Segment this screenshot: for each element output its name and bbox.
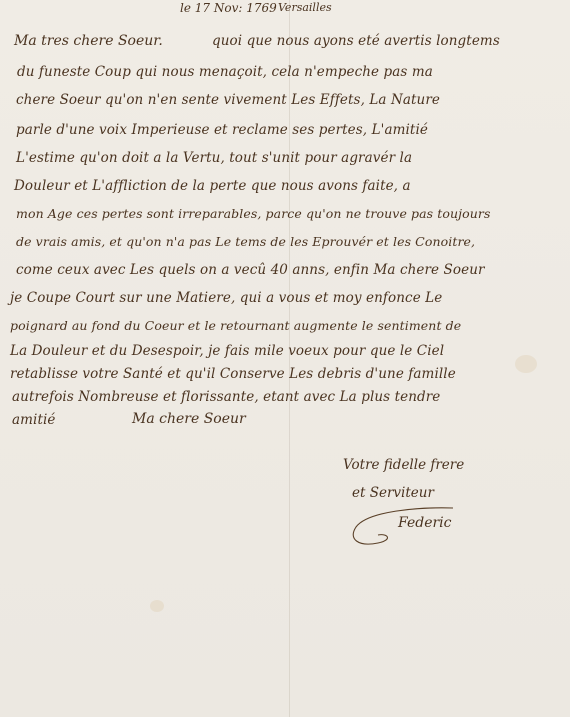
letter-body-line: je Coupe Court sur une Matiere, qui a vo… (10, 290, 442, 306)
letter-body-line: quoi que nous ayons eté avertis longtems (212, 33, 500, 49)
letter-body-line: La Douleur et du Desespoir, je fais mile… (10, 343, 444, 359)
letter-body-line: Douleur et L'affliction de la perte que … (14, 178, 411, 194)
letter-body-line: mon Age ces pertes sont irreparables, pa… (16, 206, 491, 221)
letter-body-line: retablisse votre Santé et qu'il Conserve… (10, 366, 456, 382)
letter-body-line: parle d'une voix Imperieuse et reclame s… (16, 122, 428, 138)
letter-body-line: de vrais amis, et qu'on n'a pas Le tems … (16, 234, 475, 249)
letter-place-annotation: Versailles (278, 1, 332, 14)
letter-body-line: poignard au fond du Coeur et le retourna… (10, 318, 461, 333)
letter-signoff-line: Votre fidelle frere (343, 457, 464, 473)
letter-date: le 17 Nov: 1769 (180, 1, 277, 15)
letter-body-line: du funeste Coup qui nous menaçoit, cela … (17, 64, 433, 80)
letter-body-line: chere Soeur qu'on n'en sente vivement Le… (16, 92, 440, 108)
paper-stain (515, 355, 537, 373)
letter-body-line: amitié (12, 412, 56, 428)
letter-salutation: Ma tres chere Soeur. (14, 33, 163, 49)
letter-body-line: L'estime qu'on doit a la Vertu, tout s'u… (16, 150, 412, 166)
letter-closing: Ma chere Soeur (132, 411, 246, 427)
letter-signoff-line: et Serviteur (352, 485, 434, 501)
letter-body-line: autrefois Nombreuse et florissante, etan… (12, 389, 440, 405)
letter-body-line: come ceux avec Les quels on a vecû 40 an… (16, 262, 485, 278)
letter-signature: Federic (398, 515, 452, 531)
paper-stain (150, 600, 164, 612)
letter-page: le 17 Nov: 1769 Versailles Ma tres chere… (0, 0, 570, 717)
